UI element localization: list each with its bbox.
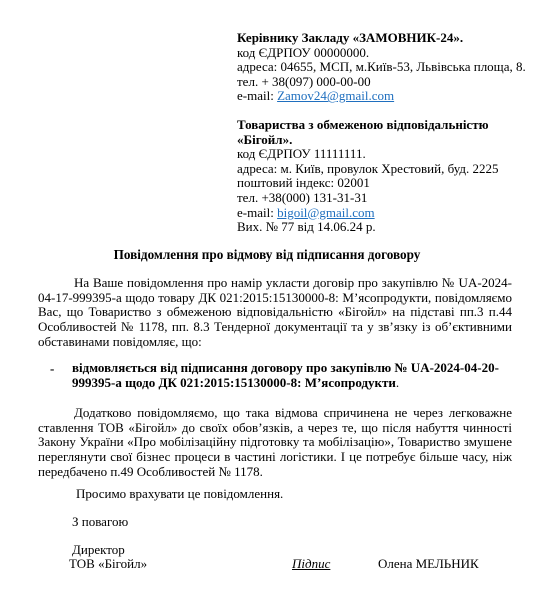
sender-heading-line1: Товариства з обмеженою відповідальністю xyxy=(237,118,489,133)
recipient-address: адреса: 04655, МСП, м.Київ-53, Львівська… xyxy=(237,60,526,75)
sender-address: адреса: м. Київ, провулок Хрестовий, буд… xyxy=(237,162,499,177)
bullet-text: відмовляється від підписання договору пр… xyxy=(72,360,499,390)
signature-field: Підпис xyxy=(292,557,330,572)
sender-heading-line2: «Бігойл». xyxy=(237,133,292,148)
sender-code: код ЄДРПОУ 11111111. xyxy=(237,147,366,162)
sender-email-line: e-mail: bigoil@gmail.com xyxy=(237,206,375,221)
sender-postal: поштовий індекс: 02001 xyxy=(237,176,370,191)
recipient-phone: тел. + 38(097) 000-00-00 xyxy=(237,75,371,90)
paragraph-reason-text: Додатково повідомляємо, що така відмова … xyxy=(38,405,512,479)
recipient-email-line: e-mail: Zamov24@gmail.com xyxy=(237,89,394,104)
signer-company: ТОВ «Бігойл» xyxy=(69,557,147,572)
outgoing-number: Вих. № 77 від 14.06.24 р. xyxy=(237,220,376,235)
signer-name: Олена МЕЛЬНИК xyxy=(378,557,479,572)
sender-phone: тел. +38(000) 131-31-31 xyxy=(237,191,367,206)
bullet-end: . xyxy=(396,375,399,390)
paragraph-notice-text: На Ваше повідомлення про намір укласти д… xyxy=(38,275,512,349)
recipient-code: код ЄДРПОУ 00000000. xyxy=(237,46,369,61)
sender-email-link[interactable]: bigoil@gmail.com xyxy=(277,205,375,220)
paragraph-reason: Додатково повідомляємо, що така відмова … xyxy=(38,406,512,480)
sender-email-label: e-mail: xyxy=(237,205,277,220)
recipient-email-link[interactable]: Zamov24@gmail.com xyxy=(277,88,394,103)
request-line: Просимо врахувати це повідомлення. xyxy=(76,487,283,502)
bullet-marker: - xyxy=(50,361,54,377)
paragraph-notice: На Ваше повідомлення про намір укласти д… xyxy=(38,276,512,350)
recipient-heading: Керівнику Закладу «ЗАМОВНИК-24». xyxy=(237,31,463,46)
regards-line: З повагою xyxy=(72,515,128,530)
bullet-item: відмовляється від підписання договору пр… xyxy=(72,361,512,390)
document-title: Повідомлення про відмову від підписання … xyxy=(0,248,534,263)
recipient-email-label: e-mail: xyxy=(237,88,277,103)
